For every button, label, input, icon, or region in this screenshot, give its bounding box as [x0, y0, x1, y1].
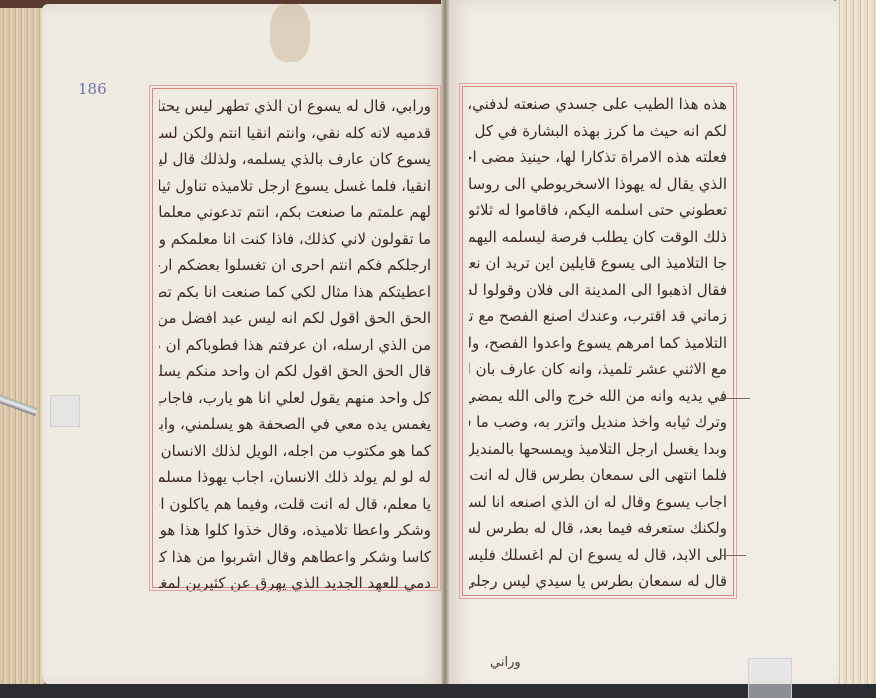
catchword: وراني	[490, 655, 521, 670]
table-surface	[0, 684, 876, 698]
text-line: ولكنك ستعرفه فيما بعد، قال له بطرس لست ت…	[469, 515, 727, 542]
text-line: هذه هذا الطيب على جسدي صنعته لدفني، الحق…	[469, 91, 727, 118]
right-text-block: هذه هذا الطيب على جسدي صنعته لدفني، الحق…	[462, 86, 734, 596]
text-line: انقيا، فلما غسل يسوع ارجل تلاميذه تناول …	[159, 173, 431, 200]
text-line: يا معلم، قال له انت قلت، وفيما هم ياكلون…	[159, 491, 431, 518]
text-line: فلما انتهى الى سمعان بطرس قال له انت يار…	[469, 462, 727, 489]
margin-line-mark	[720, 555, 746, 556]
left-page-stack	[0, 8, 45, 688]
text-line: وترك ثيابه واخذ منديل واتزر به، وصب ما ف…	[469, 409, 727, 436]
text-line: قال له سمعان بطرس يا سيدي ليس رجلي فقط ب…	[469, 568, 727, 595]
text-line: وبدا يغسل ارجل التلاميذ ويمسحها بالمنديل…	[469, 436, 727, 463]
text-line: الحق الحق اقول لكم انه ليس عبد افضل من س…	[159, 305, 431, 332]
text-line: له لو لم يولد ذلك الانسان، اجاب يهوذا مس…	[159, 464, 431, 491]
right-page-stack	[836, 0, 876, 698]
margin-line-mark	[720, 398, 750, 399]
repair-tape	[50, 395, 80, 427]
text-line: اعطيتكم هذا مثال لكي كما صنعت انا بكم تص…	[159, 279, 431, 306]
text-line: دمي للعهد الجديد الذي يهرق عن كثيرين لمغ…	[159, 570, 431, 597]
text-line: يسوع كان عارف بالذي يسلمه، ولذلك قال ليس…	[159, 146, 431, 173]
text-line: في يديه وانه من الله خرج والى الله يمضي …	[469, 383, 727, 410]
text-line: اجاب يسوع وقال له ان الذي اصنعه انا لست …	[469, 489, 727, 516]
text-line: ذلك الوقت كان يطلب فرصة ليسلمه اليهم، وف…	[469, 224, 727, 251]
text-line: ما تقولون لاني كذلك، فاذا كنت انا معلمكم…	[159, 226, 431, 253]
text-line: قال الحق الحق اقول لكم ان واحد منكم يسلم…	[159, 358, 431, 385]
text-line: الى الابد، قال له يسوع ان لم اغسلك فليس …	[469, 542, 727, 569]
text-line: وشكر واعطا تلاميذه، وقال خذوا كلوا هذا ه…	[159, 517, 431, 544]
text-line: قدميه لانه كله نقي، وانتم انقيا انتم ولك…	[159, 120, 431, 147]
folio-number: 186	[78, 80, 107, 98]
manuscript-photo: 186 ورابي، قال له يسوع ان الذي تطهر ليس …	[0, 0, 876, 698]
text-line: كما هو مكتوب من اجله، الويل لذلك الانسان…	[159, 438, 431, 465]
text-line: جا التلاميذ الى يسوع قايلين اين تريد ان …	[469, 250, 727, 277]
text-line: يغمس يده معي في الصحفة هو يسلمني، وابن ا…	[159, 411, 431, 438]
repair-tape-right	[748, 658, 792, 698]
text-line: زماني قد اقترب، وعندك اصنع الفصح مع تلام…	[469, 303, 727, 330]
water-stain	[270, 4, 310, 62]
text-line: فعلته هذه الامراة تذكارا لها، حينيذ مضى …	[469, 144, 727, 171]
text-line: ارجلكم فكم انتم احرى ان تغسلوا بعضكم ارج…	[159, 252, 431, 279]
text-line: الذي يقال له يهوذا الاسخريوطي الى روسا ا…	[469, 171, 727, 198]
text-line: كاسا وشكر واعطاهم وقال اشربوا من هذا كلك…	[159, 544, 431, 571]
text-line: تعطوني حتى اسلمه اليكم، فاقاموا له ثلاثو…	[469, 197, 727, 224]
text-line: لهم علمتم ما صنعت بكم، انتم تدعوني معلما…	[159, 199, 431, 226]
text-line: لكم انه حيث ما كرز بهذه البشارة في كل ال…	[469, 118, 727, 145]
text-line: كل واحد منهم يقول لعلي انا هو يارب، فاجا…	[159, 385, 431, 412]
book-gutter	[441, 0, 449, 698]
text-line: ورابي، قال له يسوع ان الذي تطهر ليس يحتا…	[159, 93, 431, 120]
left-text-block: ورابي، قال له يسوع ان الذي تطهر ليس يحتا…	[152, 88, 438, 588]
text-line: مع الاثني عشر تلميذ، وانه كان عارف بان ا…	[469, 356, 727, 383]
text-line: من الذي ارسله، ان عرفتم هذا فطوباكم ان ص…	[159, 332, 431, 359]
text-line: فقال اذهبوا الى المدينة الى فلان وقولوا …	[469, 277, 727, 304]
text-line: التلاميذ كما امرهم يسوع واعدوا الفصح، ول…	[469, 330, 727, 357]
